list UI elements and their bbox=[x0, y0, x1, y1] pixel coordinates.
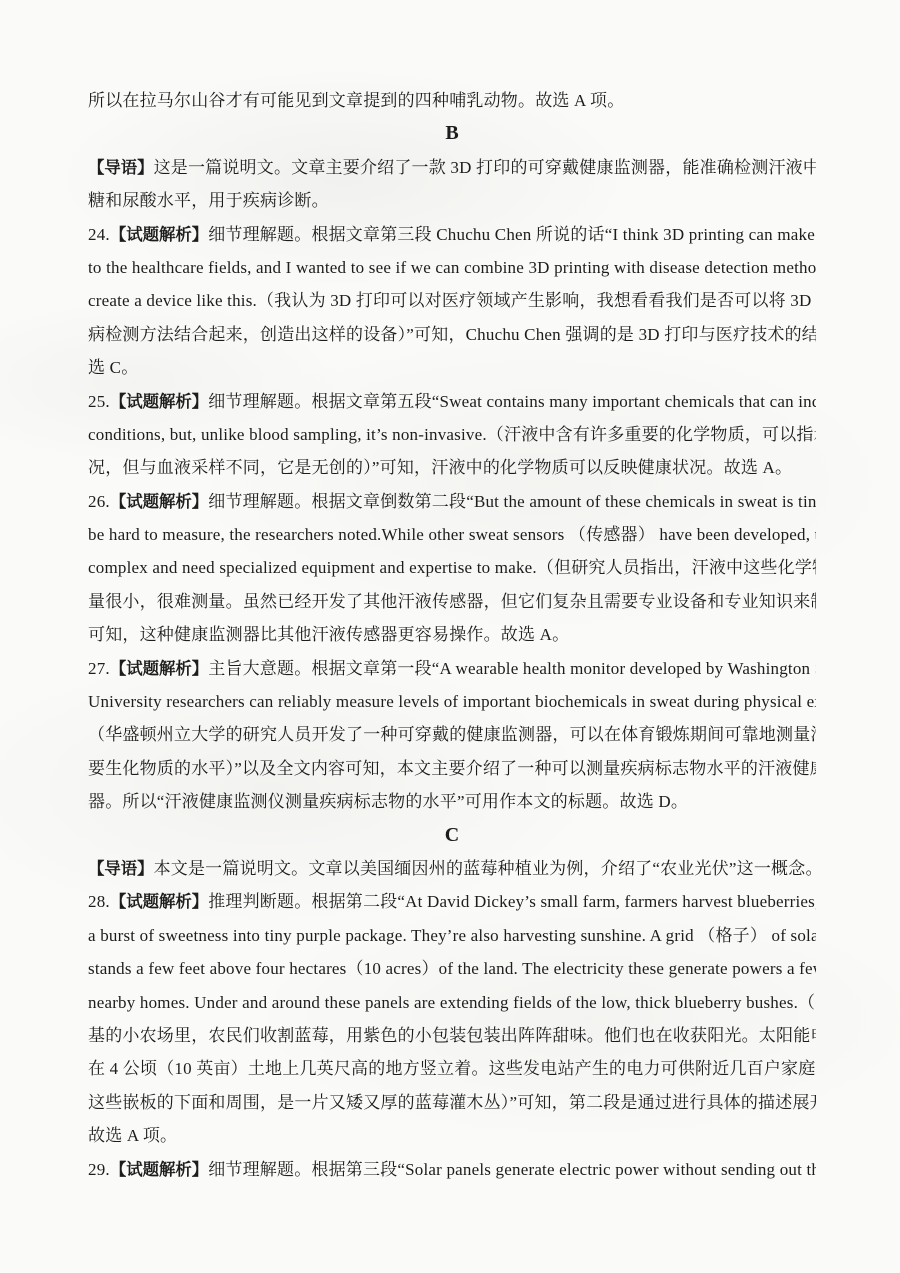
text-line: 糖和尿酸水平，用于疾病诊断。 bbox=[88, 184, 816, 217]
text-line: （华盛顿州立大学的研究人员开发了一种可穿戴的健康监测器，可以在体育锻炼期间可靠地… bbox=[88, 718, 816, 751]
answer-27: 27.【试题解析】主旨大意题。根据文章第一段“A wearable health… bbox=[88, 652, 816, 819]
text-line: 所以在拉马尔山谷才有可能见到文章提到的四种哺乳动物。故选 A 项。 bbox=[88, 84, 816, 117]
text-line: stands a few feet above four hectares（10… bbox=[88, 952, 816, 985]
text-line: be hard to measure, the researchers note… bbox=[88, 518, 816, 551]
text-line: 这些嵌板的下面和周围，是一片又矮又厚的蓝莓灌木丛）”可知，第二段是通过进行具体的… bbox=[88, 1086, 816, 1119]
text-line: 基的小农场里，农民们收割蓝莓，用紫色的小包装包装出阵阵甜味。他们也在收获阳光。太… bbox=[88, 1019, 816, 1052]
text-line: 【导语】这是一篇说明文。文章主要介绍了一款 3D 打印的可穿戴健康监测器，能准确… bbox=[88, 151, 816, 184]
text-line: 器。所以“汗液健康监测仪测量疾病标志物的水平”可用作本文的标题。故选 D。 bbox=[88, 785, 816, 818]
text-line: University researchers can reliably meas… bbox=[88, 685, 816, 718]
text-line: 24.【试题解析】细节理解题。根据文章第三段 Chuchu Chen 所说的话“… bbox=[88, 218, 816, 251]
text-line: 29.【试题解析】细节理解题。根据第三段“Solar panels genera… bbox=[88, 1153, 816, 1186]
answer-28: 28.【试题解析】推理判断题。根据第二段“At David Dickey’s s… bbox=[88, 885, 816, 1152]
answer-26: 26.【试题解析】细节理解题。根据文章倒数第二段“But the amount … bbox=[88, 485, 816, 652]
text-line: 量很小，很难测量。虽然已经开发了其他汗液传感器，但它们复杂且需要专业设备和专业知… bbox=[88, 585, 816, 618]
text-line: 选 C。 bbox=[88, 351, 816, 384]
text-line: complex and need specialized equipment a… bbox=[88, 551, 816, 584]
text-line: 在 4 公顷（10 英亩）土地上几英尺高的地方竖立着。这些发电站产生的电力可供附… bbox=[88, 1052, 816, 1085]
text-line: 【导语】本文是一篇说明文。文章以美国缅因州的蓝莓种植业为例，介绍了“农业光伏”这… bbox=[88, 852, 816, 885]
text-line: 可知，这种健康监测器比其他汗液传感器更容易操作。故选 A。 bbox=[88, 618, 816, 651]
text-line: 况，但与血液采样不同，它是无创的）”可知，汗液中的化学物质可以反映健康状况。故选… bbox=[88, 451, 816, 484]
answer-25: 25.【试题解析】细节理解题。根据文章第五段“Sweat contains ma… bbox=[88, 385, 816, 485]
document-body: 所以在拉马尔山谷才有可能见到文章提到的四种哺乳动物。故选 A 项。B【导语】这是… bbox=[88, 84, 816, 1186]
answer-29-head: 29.【试题解析】细节理解题。根据第三段“Solar panels genera… bbox=[88, 1153, 816, 1186]
text-line: 27.【试题解析】主旨大意题。根据文章第一段“A wearable health… bbox=[88, 652, 816, 685]
answer-24: 24.【试题解析】细节理解题。根据文章第三段 Chuchu Chen 所说的话“… bbox=[88, 218, 816, 385]
section-c-intro: 【导语】本文是一篇说明文。文章以美国缅因州的蓝莓种植业为例，介绍了“农业光伏”这… bbox=[88, 852, 816, 885]
text-line: 病检测方法结合起来，创造出这样的设备）”可知，Chuchu Chen 强调的是 … bbox=[88, 318, 816, 351]
answer-23-tail: 所以在拉马尔山谷才有可能见到文章提到的四种哺乳动物。故选 A 项。 bbox=[88, 84, 816, 117]
text-line: 28.【试题解析】推理判断题。根据第二段“At David Dickey’s s… bbox=[88, 885, 816, 918]
text-line: to the healthcare fields, and I wanted t… bbox=[88, 251, 816, 284]
text-line: 故选 A 项。 bbox=[88, 1119, 816, 1152]
text-line: 25.【试题解析】细节理解题。根据文章第五段“Sweat contains ma… bbox=[88, 385, 816, 418]
text-line: 26.【试题解析】细节理解题。根据文章倒数第二段“But the amount … bbox=[88, 485, 816, 518]
section-b-intro: 【导语】这是一篇说明文。文章主要介绍了一款 3D 打印的可穿戴健康监测器，能准确… bbox=[88, 151, 816, 218]
text-line: nearby homes. Under and around these pan… bbox=[88, 986, 816, 1019]
section-c-heading: C bbox=[88, 819, 816, 852]
scanned-document-page: 所以在拉马尔山谷才有可能见到文章提到的四种哺乳动物。故选 A 项。B【导语】这是… bbox=[0, 0, 900, 1273]
text-line: a burst of sweetness into tiny purple pa… bbox=[88, 919, 816, 952]
text-line: conditions, but, unlike blood sampling, … bbox=[88, 418, 816, 451]
text-line: create a device like this.（我认为 3D 打印可以对医… bbox=[88, 284, 816, 317]
text-line: 要生化物质的水平）”以及全文内容可知，本文主要介绍了一种可以测量疾病标志物水平的… bbox=[88, 752, 816, 785]
section-b-heading: B bbox=[88, 117, 816, 150]
